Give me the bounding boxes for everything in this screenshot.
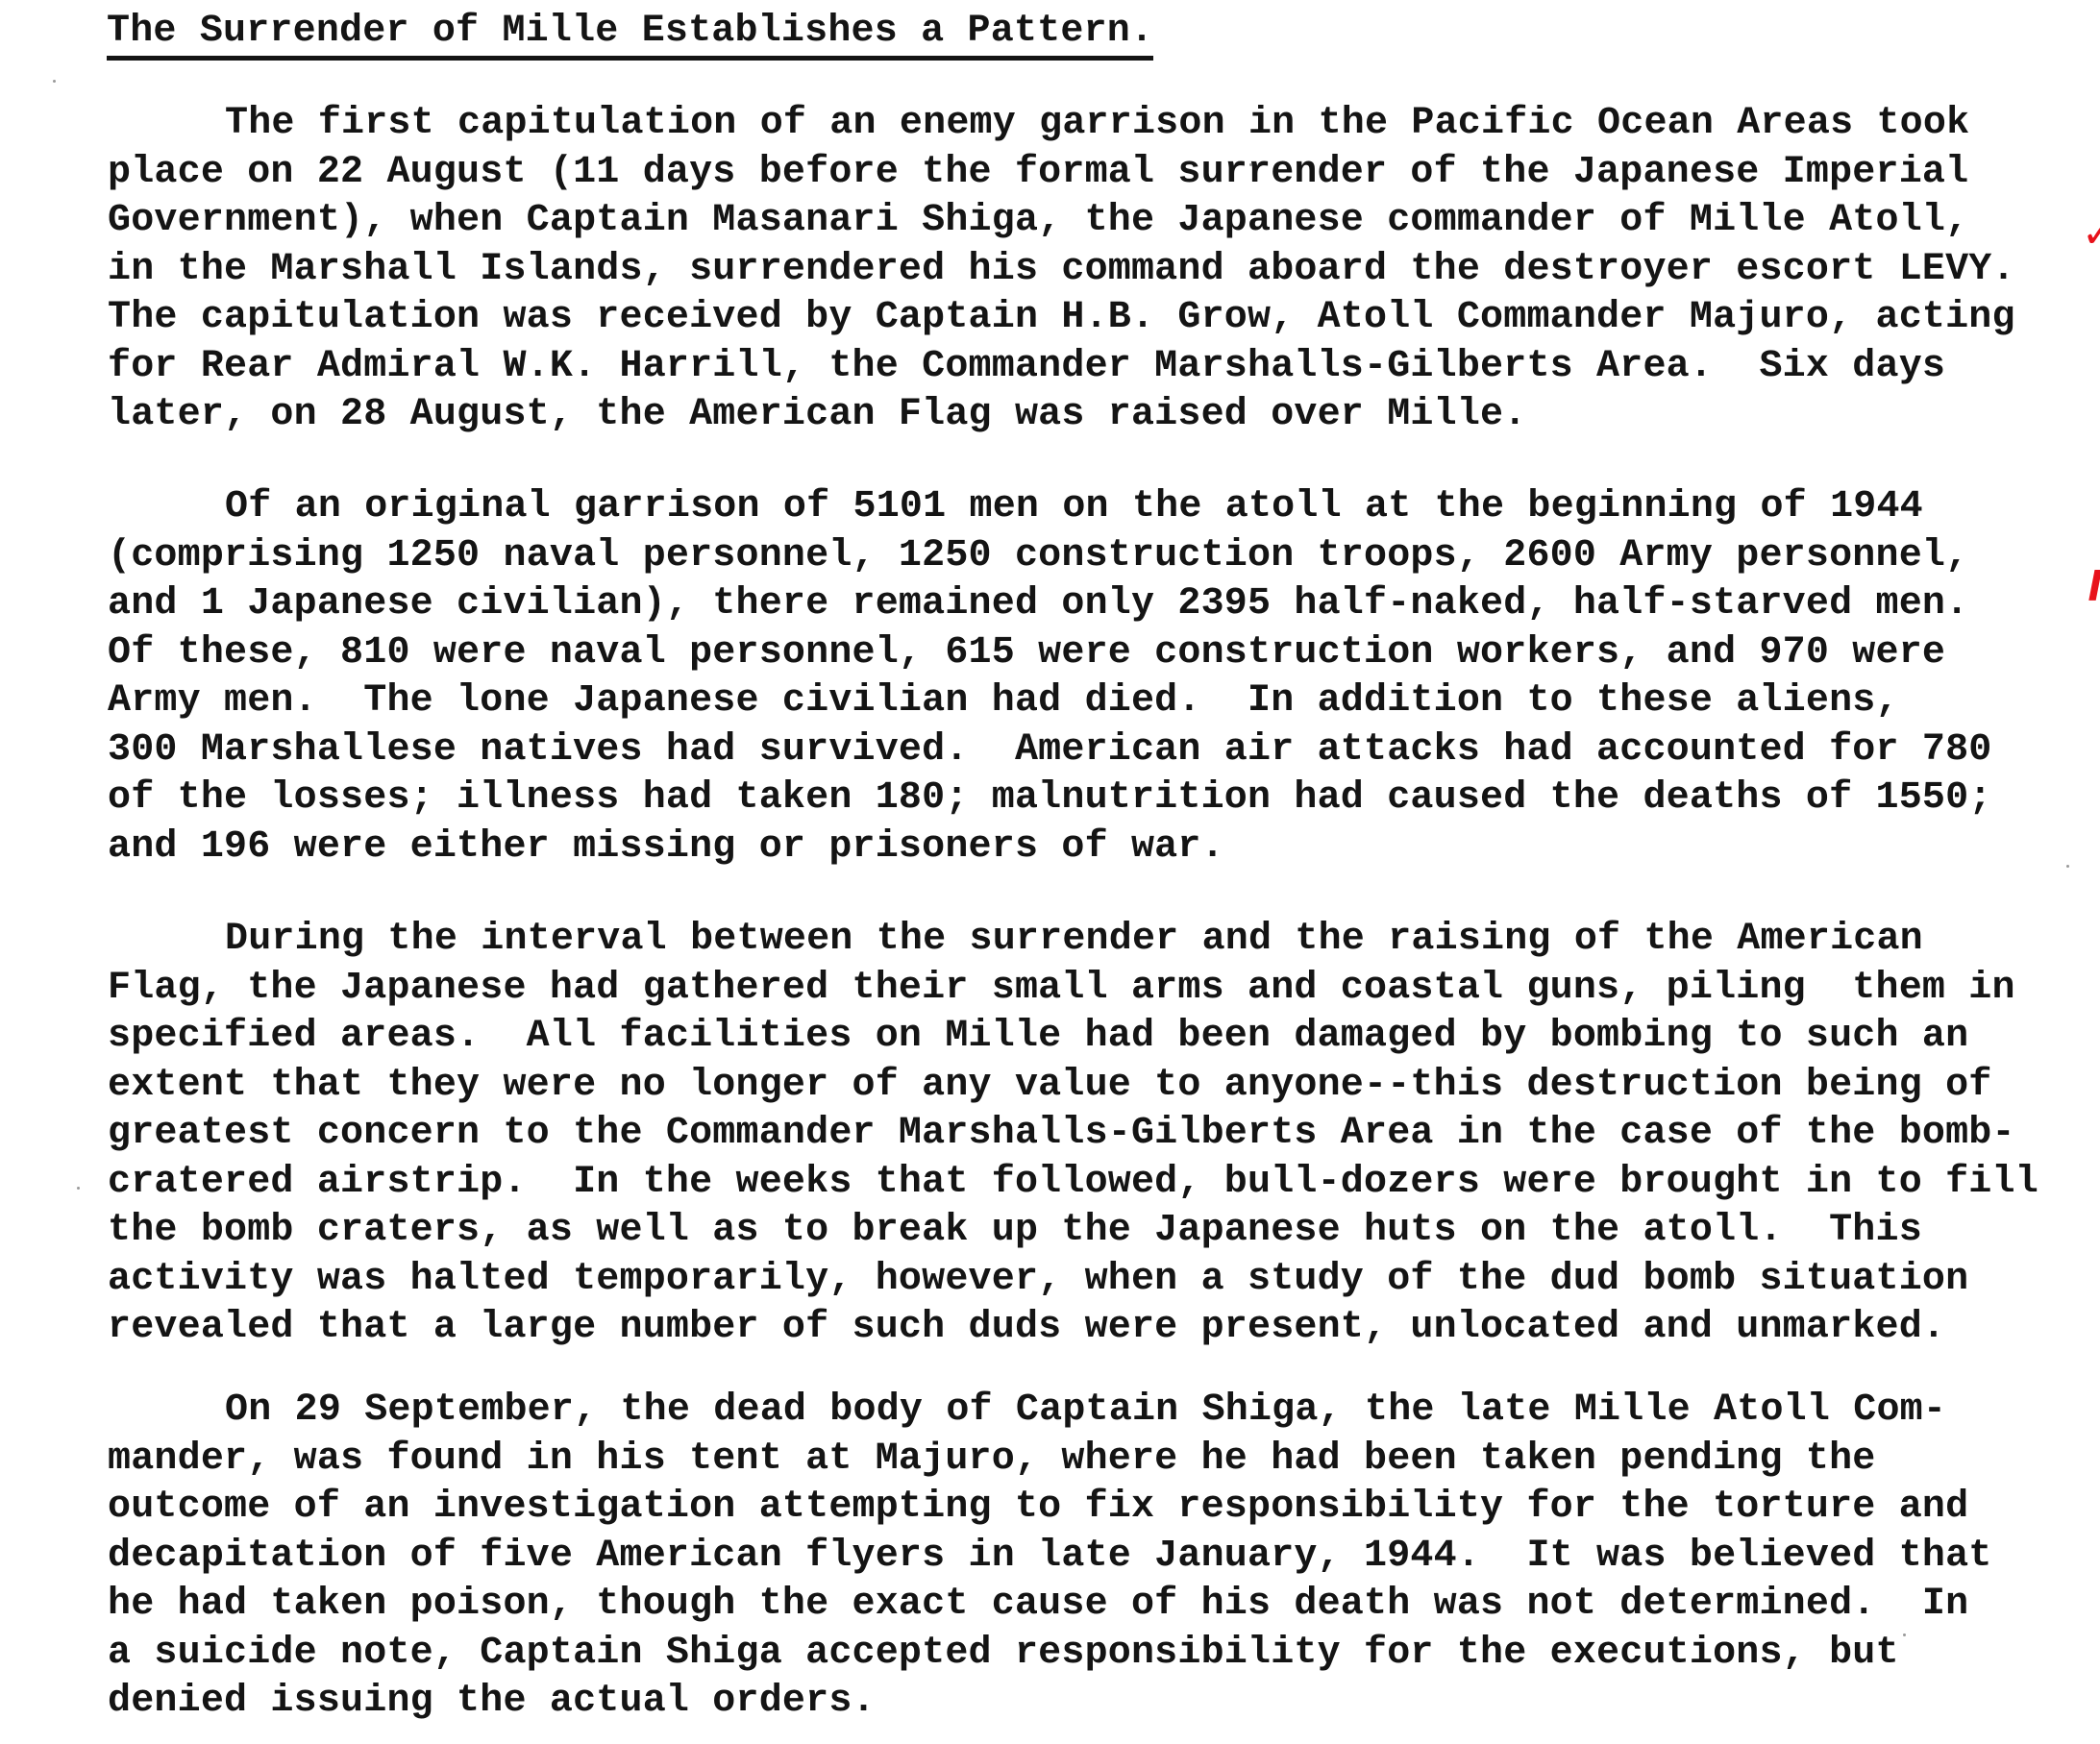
text-line: outcome of an investigation attempting t… [108,1484,2078,1533]
text-line: specified areas. All facilities on Mille… [108,1013,2078,1062]
text-line: During the interval between the surrende… [108,916,2078,965]
document-page: The Surrender of Mille Establishes a Pat… [0,0,2100,1744]
text-line: he had taken poison, though the exact ca… [108,1581,2078,1630]
check-mark-icon: ✓ [2082,213,2100,254]
text-line: and 1 Japanese civilian), there remained… [108,580,2078,629]
text-line: extent that they were no longer of any v… [108,1062,2078,1111]
text-line: On 29 September, the dead body of Captai… [108,1387,2078,1436]
scan-speck [2066,865,2069,868]
paragraph-1: The first capitulation of an enemy garri… [108,100,2078,440]
text-line: for Rear Admiral W.K. Harrill, the Comma… [108,343,2078,392]
text-line: place on 22 August (11 days before the f… [108,149,2078,198]
text-line: decapitation of five American flyers in … [108,1533,2078,1582]
text-line: (comprising 1250 naval personnel, 1250 c… [108,532,2078,581]
text-line: a suicide note, Captain Shiga accepted r… [108,1630,2078,1679]
document-title: The Surrender of Mille Establishes a Pat… [107,8,1153,61]
text-line: of the losses; illness had taken 180; ma… [108,774,2078,823]
text-line: and 196 were either missing or prisoners… [108,823,2078,872]
text-line: Flag, the Japanese had gathered their sm… [108,965,2078,1014]
text-line: The capitulation was received by Captain… [108,294,2078,343]
text-line: later, on 28 August, the American Flag w… [108,391,2078,440]
scan-speck [77,1187,80,1190]
paragraph-3: During the interval between the surrende… [108,916,2078,1353]
paragraph-4: On 29 September, the dead body of Captai… [108,1387,2078,1727]
text-line: in the Marshall Islands, surrendered his… [108,246,2078,295]
paragraph-2: Of an original garrison of 5101 men on t… [108,483,2078,872]
text-line: Of an original garrison of 5101 men on t… [108,483,2078,532]
text-line: 300 Marshallese natives had survived. Am… [108,726,2078,775]
text-line: Of these, 810 were naval personnel, 615 … [108,629,2078,678]
scan-speck [53,80,56,83]
margin-tick-icon: l [2088,567,2100,607]
text-line: revealed that a large number of such dud… [108,1304,2078,1353]
text-line: activity was halted temporarily, however… [108,1256,2078,1305]
scan-speck [1249,163,1252,166]
text-line: mander, was found in his tent at Majuro,… [108,1436,2078,1485]
text-line: the bomb craters, as well as to break up… [108,1207,2078,1256]
text-line: The first capitulation of an enemy garri… [108,100,2078,149]
text-line: denied issuing the actual orders. [108,1678,2078,1727]
text-line: Army men. The lone Japanese civilian had… [108,677,2078,726]
text-line: greatest concern to the Commander Marsha… [108,1110,2078,1159]
scan-speck [1903,1633,1906,1636]
text-line: Government), when Captain Masanari Shiga… [108,197,2078,246]
text-line: cratered airstrip. In the weeks that fol… [108,1159,2078,1208]
